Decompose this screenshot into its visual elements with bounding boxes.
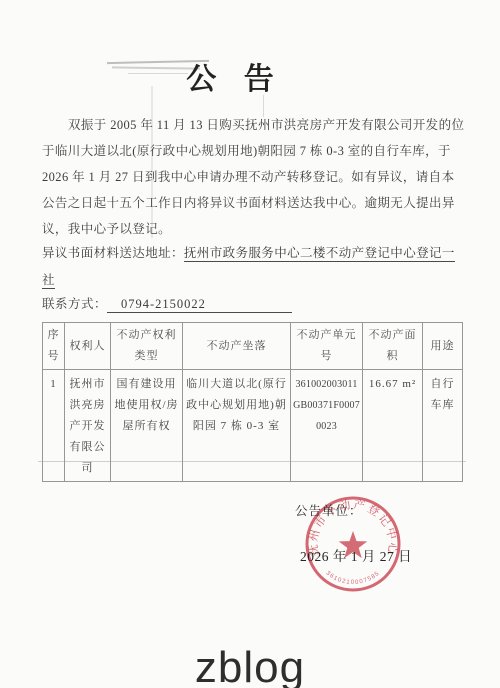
address-label: 异议书面材料送达地址：	[42, 246, 184, 260]
cell-owner: 抚州市洪亮房产开发有限公司	[65, 370, 111, 482]
address-value: 抚州市政务服务中心二楼不动产登记中心登记一	[184, 246, 455, 262]
cell-unit-no: 361002003011 GB00371F0007 0023	[291, 370, 363, 482]
contact-label: 联系方式：	[42, 297, 107, 311]
site-watermark: zblog	[0, 643, 500, 688]
table-row: 1 抚州市洪亮房产开发有限公司 国有建设用地使用权/房屋所有权 临川大道以北(原…	[43, 370, 463, 482]
paragraph-line: 公告之日起十五个工作日内将异议书面材料送达我中心。逾期无人提出异	[42, 190, 466, 216]
cell-seq: 1	[43, 370, 65, 482]
paragraph-line: 议，我中心予以登记。	[42, 216, 466, 242]
cell-right-type: 国有建设用地使用权/房屋所有权	[111, 370, 183, 482]
table-header-row: 序号 权利人 不动产权利类型 不动产坐落 不动产单元号 不动产面积 用途	[43, 323, 463, 370]
document-page: 公 告 双振于 2005 年 11 月 13 日购买抚州市洪亮房产开发有限公司开…	[0, 0, 500, 688]
header-owner: 权利人	[65, 323, 111, 370]
contact-phone: 0794-2150022	[107, 297, 292, 313]
paragraph-line: 2026 年 1 月 27 日到我中心申请办理不动产转移登记。如有异议，请自本	[42, 164, 466, 190]
svg-text:3610210007585: 3610210007585	[325, 570, 382, 586]
header-area: 不动产面积	[363, 323, 423, 370]
publish-date: 2026 年 1 月 27 日	[300, 545, 412, 565]
table-ghost-border	[38, 461, 466, 462]
header-seq: 序号	[43, 323, 65, 370]
header-usage: 用途	[423, 323, 463, 370]
address-line: 异议书面材料送达地址：抚州市政务服务中心二楼不动产登记中心登记一 社	[42, 240, 466, 294]
paragraph-line: 双振于 2005 年 11 月 13 日购买抚州市洪亮房产开发有限公司开发的位	[42, 112, 466, 138]
seal-serial-number: 3610210007585	[325, 570, 382, 586]
address-value-continued: 社	[42, 273, 55, 289]
header-right-type: 不动产权利类型	[111, 323, 183, 370]
contact-line: 联系方式：0794-2150022	[42, 294, 466, 313]
header-unit-no: 不动产单元号	[291, 323, 363, 370]
cell-location: 临川大道以北(原行政中心规划用地)朝阳园 7 栋 0-3 室	[183, 370, 291, 482]
header-location: 不动产坐落	[183, 323, 291, 370]
announcing-unit-label: 公告单位：	[295, 501, 363, 519]
page-title: 公 告	[0, 54, 470, 98]
property-table: 序号 权利人 不动产权利类型 不动产坐落 不动产单元号 不动产面积 用途 1 抚…	[42, 322, 463, 482]
cell-area: 16.67 m²	[363, 370, 423, 482]
announcement-paragraph: 双振于 2005 年 11 月 13 日购买抚州市洪亮房产开发有限公司开发的位 …	[42, 112, 466, 242]
paragraph-line: 于临川大道以北(原行政中心规划用地)朝阳园 7 栋 0-3 室的自行车库，于	[42, 138, 466, 164]
cell-usage: 自行车库	[423, 370, 463, 482]
